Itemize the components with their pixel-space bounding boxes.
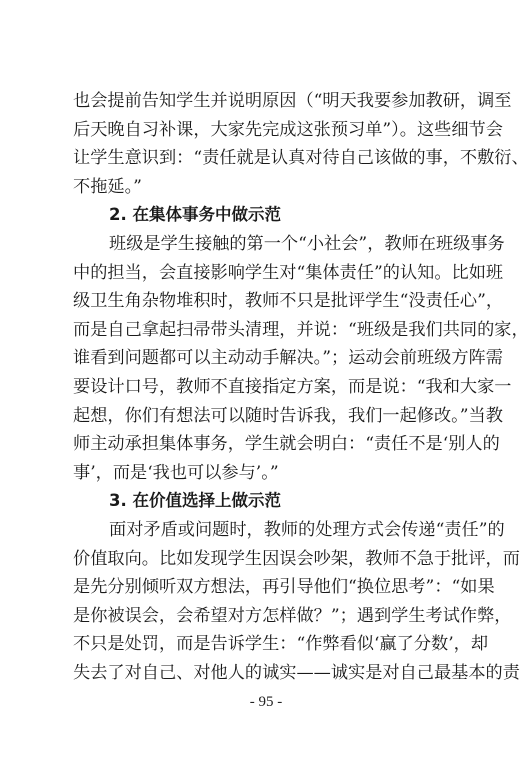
paragraph-line: 是你被误会，会希望对方怎样做？”；遇到学生考试作弊， [73, 602, 463, 631]
paragraph-line: 也会提前告知学生并说明原因（“明天我要参加教研，调至 [73, 87, 463, 116]
paragraph-line: 谁看到问题都可以主动动手解决。”；运动会前班级方阵需 [73, 344, 463, 373]
document-page-body: 也会提前告知学生并说明原因（“明天我要参加教研，调至 后天晚自习补课，大家先完成… [73, 87, 463, 687]
paragraph-line: 事’，而是‘我也可以参与’。” [73, 459, 463, 488]
paragraph-line: 师主动承担集体事务，学生就会明白：“责任不是‘别人的 [73, 430, 463, 459]
paragraph-line: 不拖延。” [73, 173, 463, 202]
paragraph-line: 要设计口号，教师不直接指定方案，而是说：“我和大家一 [73, 373, 463, 402]
paragraph-line: 面对矛盾或问题时，教师的处理方式会传递“责任”的 [73, 516, 463, 545]
paragraph-line: 是先分别倾听双方想法，再引导他们“换位思考”：“如果 [73, 573, 463, 602]
paragraph-line: 班级是学生接触的第一个“小社会”，教师在班级事务 [73, 230, 463, 259]
paragraph-line: 价值取向。比如发现学生因误会吵架，教师不急于批评，而 [73, 545, 463, 574]
page-number: - 95 - [0, 694, 532, 711]
paragraph-line: 中的担当，会直接影响学生对“集体责任”的认知。比如班 [73, 259, 463, 288]
paragraph-line: 后天晚自习补课，大家先完成这张预习单”）。这些细节会 [73, 116, 463, 145]
paragraph-line: 而是自己拿起扫帚带头清理，并说：“班级是我们共同的家， [73, 316, 463, 345]
section-heading-2: 2. 在集体事务中做示范 [73, 201, 463, 230]
section-heading-3: 3. 在价值选择上做示范 [73, 487, 463, 516]
paragraph-line: 失去了对自己、对他人的诚实——诚实是对自己最基本的责 [73, 659, 463, 688]
paragraph-line: 级卫生角杂物堆积时，教师不只是批评学生“没责任心”， [73, 287, 463, 316]
paragraph-line: 不只是处罚，而是告诉学生：“作弊看似‘赢了分数’，却 [73, 630, 463, 659]
paragraph-line: 起想，你们有想法可以随时告诉我，我们一起修改。”当教 [73, 402, 463, 431]
paragraph-line: 让学生意识到：“责任就是认真对待自己该做的事，不敷衍、 [73, 144, 463, 173]
